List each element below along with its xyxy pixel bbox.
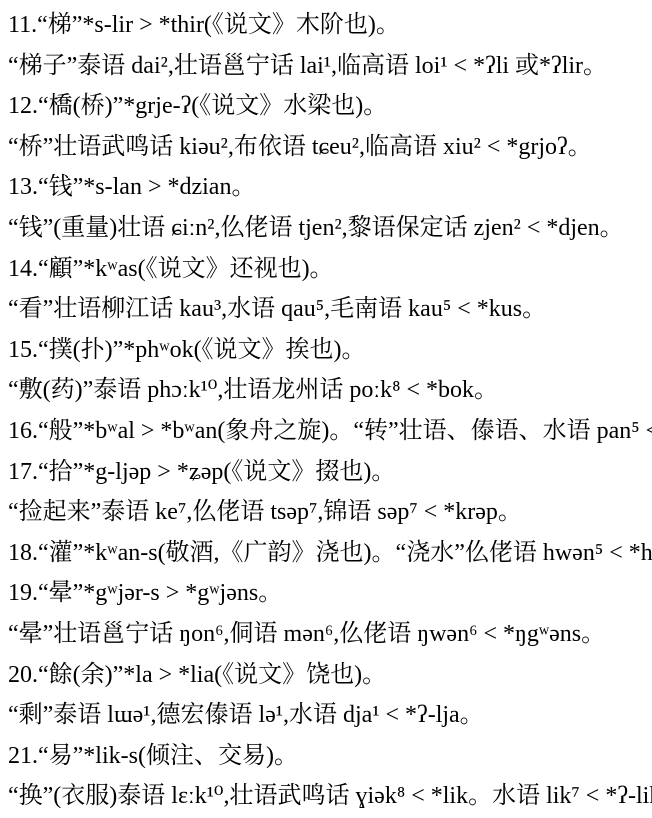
text-line: “桥”壮语武鸣话 kiəu²,布依语 tɕeu²,临高语 xiu² < *grj… [8,127,648,168]
text-line: 11.“梯”*s-lir > *thir(《说文》木阶也)。 [8,5,648,46]
text-line: “敷(药)”泰语 phɔːk¹⁰,壮语龙州话 poːk⁸ < *bok。 [8,370,648,411]
text-line: 18.“灌”*kʷan-s(敬酒,《广韵》浇也)。“浇水”仫佬语 hwən⁵ <… [8,533,648,574]
text-line: 16.“般”*bʷal > *bʷan(象舟之旋)。“转”壮语、傣语、水语 pa… [8,411,648,452]
text-line: 13.“钱”*s-lan > *dzian。 [8,167,648,208]
text-line: 21.“易”*lik-s(倾注、交易)。 [8,736,648,777]
text-line: 19.“晕”*gʷjər-s > *gʷjəns。 [8,573,648,614]
document-page: 11.“梯”*s-lir > *thir(《说文》木阶也)。 “梯子”泰语 da… [0,0,652,818]
text-line: “钱”(重量)壮语 ɕiːn²,仫佬语 tjen²,黎语保定话 zjen² < … [8,208,648,249]
text-line: 15.“撲(扑)”*phʷok(《说文》挨也)。 [8,330,648,371]
text-line: 12.“橋(桥)”*grje-ʔ(《说文》水梁也)。 [8,86,648,127]
text-line: “剩”泰语 lɯə¹,德宏傣语 lə¹,水语 dja¹ < *ʔ-lja。 [8,695,648,736]
text-line: “晕”壮语邕宁话 ŋon⁶,侗语 mən⁶,仫佬语 ŋwən⁶ < *ŋgʷən… [8,614,648,655]
text-line: “看”壮语柳江话 kau³,水语 qau⁵,毛南语 kau⁵ < *kus。 [8,289,648,330]
text-line: “捡起来”泰语 ke⁷,仫佬语 tsəp⁷,锦语 səp⁷ < *krəp。 [8,492,648,533]
text-line: “换”(衣服)泰语 lɛːk¹⁰,壮语武鸣话 ɣiək⁸ < *lik。水语 l… [8,776,648,817]
text-line: 17.“拾”*g-ljəp > *ʑəp(《说文》掇也)。 [8,452,648,493]
text-line: 20.“餘(余)”*la > *lia(《说文》饶也)。 [8,655,648,696]
text-line: “梯子”泰语 dai²,壮语邕宁话 lai¹,临高语 loi¹ < *ʔli 或… [8,46,648,87]
text-line: 14.“顧”*kʷas(《说文》还视也)。 [8,249,648,290]
